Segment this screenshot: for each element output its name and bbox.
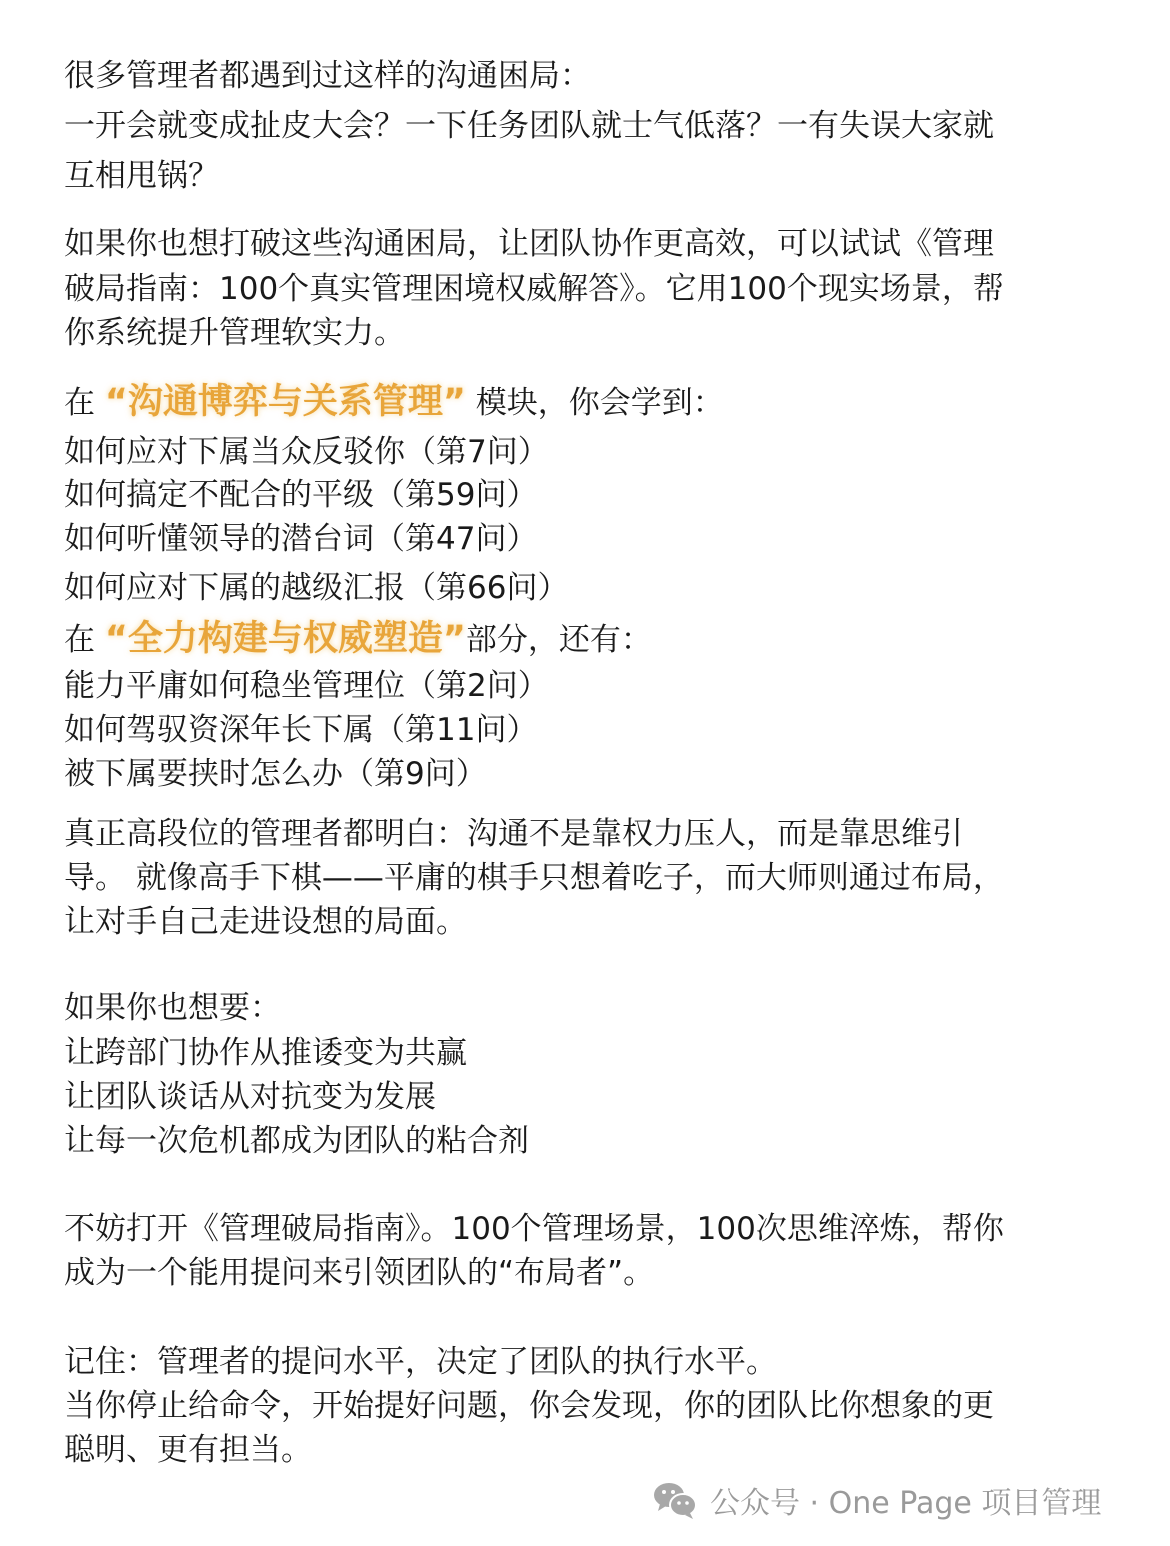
- cta-line: 成为一个能用提问来引领团队的“布局者”。: [64, 1251, 654, 1295]
- insight-line: 真正高段位的管理者都明白：沟通不是靠权力压人，而是靠思维引: [64, 812, 963, 856]
- pitch-line: 如果你也想打破这些沟通困局，让团队协作更高效，可以试试《管理: [64, 222, 994, 266]
- pitch-line: 破局指南：100个真实管理困境权威解答》。它用100个现实场景，帮: [64, 267, 1004, 311]
- list-item: 如何应对下属当众反驳你（第7问）: [64, 430, 549, 474]
- watermark: 公众号 · One Page 项目管理: [652, 1478, 1101, 1522]
- watermark-text: 公众号 · One Page 项目管理: [710, 1478, 1101, 1522]
- pitch-line: 你系统提升管理软实力。: [64, 311, 405, 355]
- list-item: 被下属要挟时怎么办（第9问）: [64, 752, 487, 796]
- wants-title: 如果你也想要：: [64, 986, 281, 1030]
- list-item: 如何搞定不配合的平级（第59问）: [64, 473, 537, 517]
- module-highlight: “沟通博弈与关系管理”: [105, 382, 466, 422]
- list-item: 让每一次危机都成为团队的粘合剂: [64, 1119, 529, 1163]
- list-item: 能力平庸如何稳坐管理位（第2问）: [64, 664, 549, 708]
- module-heading: 在 “沟通博弈与关系管理” 模块，你会学到：: [64, 380, 724, 425]
- intro-line: 互相甩锅？: [64, 154, 219, 198]
- intro-line: 很多管理者都遇到过这样的沟通困局：: [64, 54, 591, 98]
- closing-line: 当你停止给命令，开始提好问题，你会发现，你的团队比你想象的更: [64, 1384, 994, 1428]
- cta-line: 不妨打开《管理破局指南》。100个管理场景，100次思维淬炼，帮你: [64, 1207, 1004, 1251]
- list-item: 如何驾驭资深年长下属（第11问）: [64, 708, 537, 752]
- list-item: 让跨部门协作从推诿变为共赢: [64, 1031, 467, 1075]
- insight-line: 导。 就像高手下棋——平庸的棋手只想着吃子，而大师则通过布局，: [64, 856, 1004, 900]
- list-item: 让团队谈话从对抗变为发展: [64, 1075, 436, 1119]
- intro-line: 一开会就变成扯皮大会？一下任务团队就士气低落？一有失误大家就: [64, 104, 994, 148]
- list-item: 如何应对下属的越级汇报（第66问）: [64, 566, 568, 610]
- insight-line: 让对手自己走进设想的局面。: [64, 900, 467, 944]
- module-highlight: “全力构建与权威塑造”: [105, 619, 466, 659]
- closing-line: 记住：管理者的提问水平，决定了团队的执行水平。: [64, 1340, 777, 1384]
- module-heading: 在 “全力构建与权威塑造”部分，还有：: [64, 617, 652, 662]
- closing-line: 聪明、更有担当。: [64, 1428, 312, 1472]
- wechat-icon: [652, 1480, 698, 1520]
- list-item: 如何听懂领导的潜台词（第47问）: [64, 517, 537, 561]
